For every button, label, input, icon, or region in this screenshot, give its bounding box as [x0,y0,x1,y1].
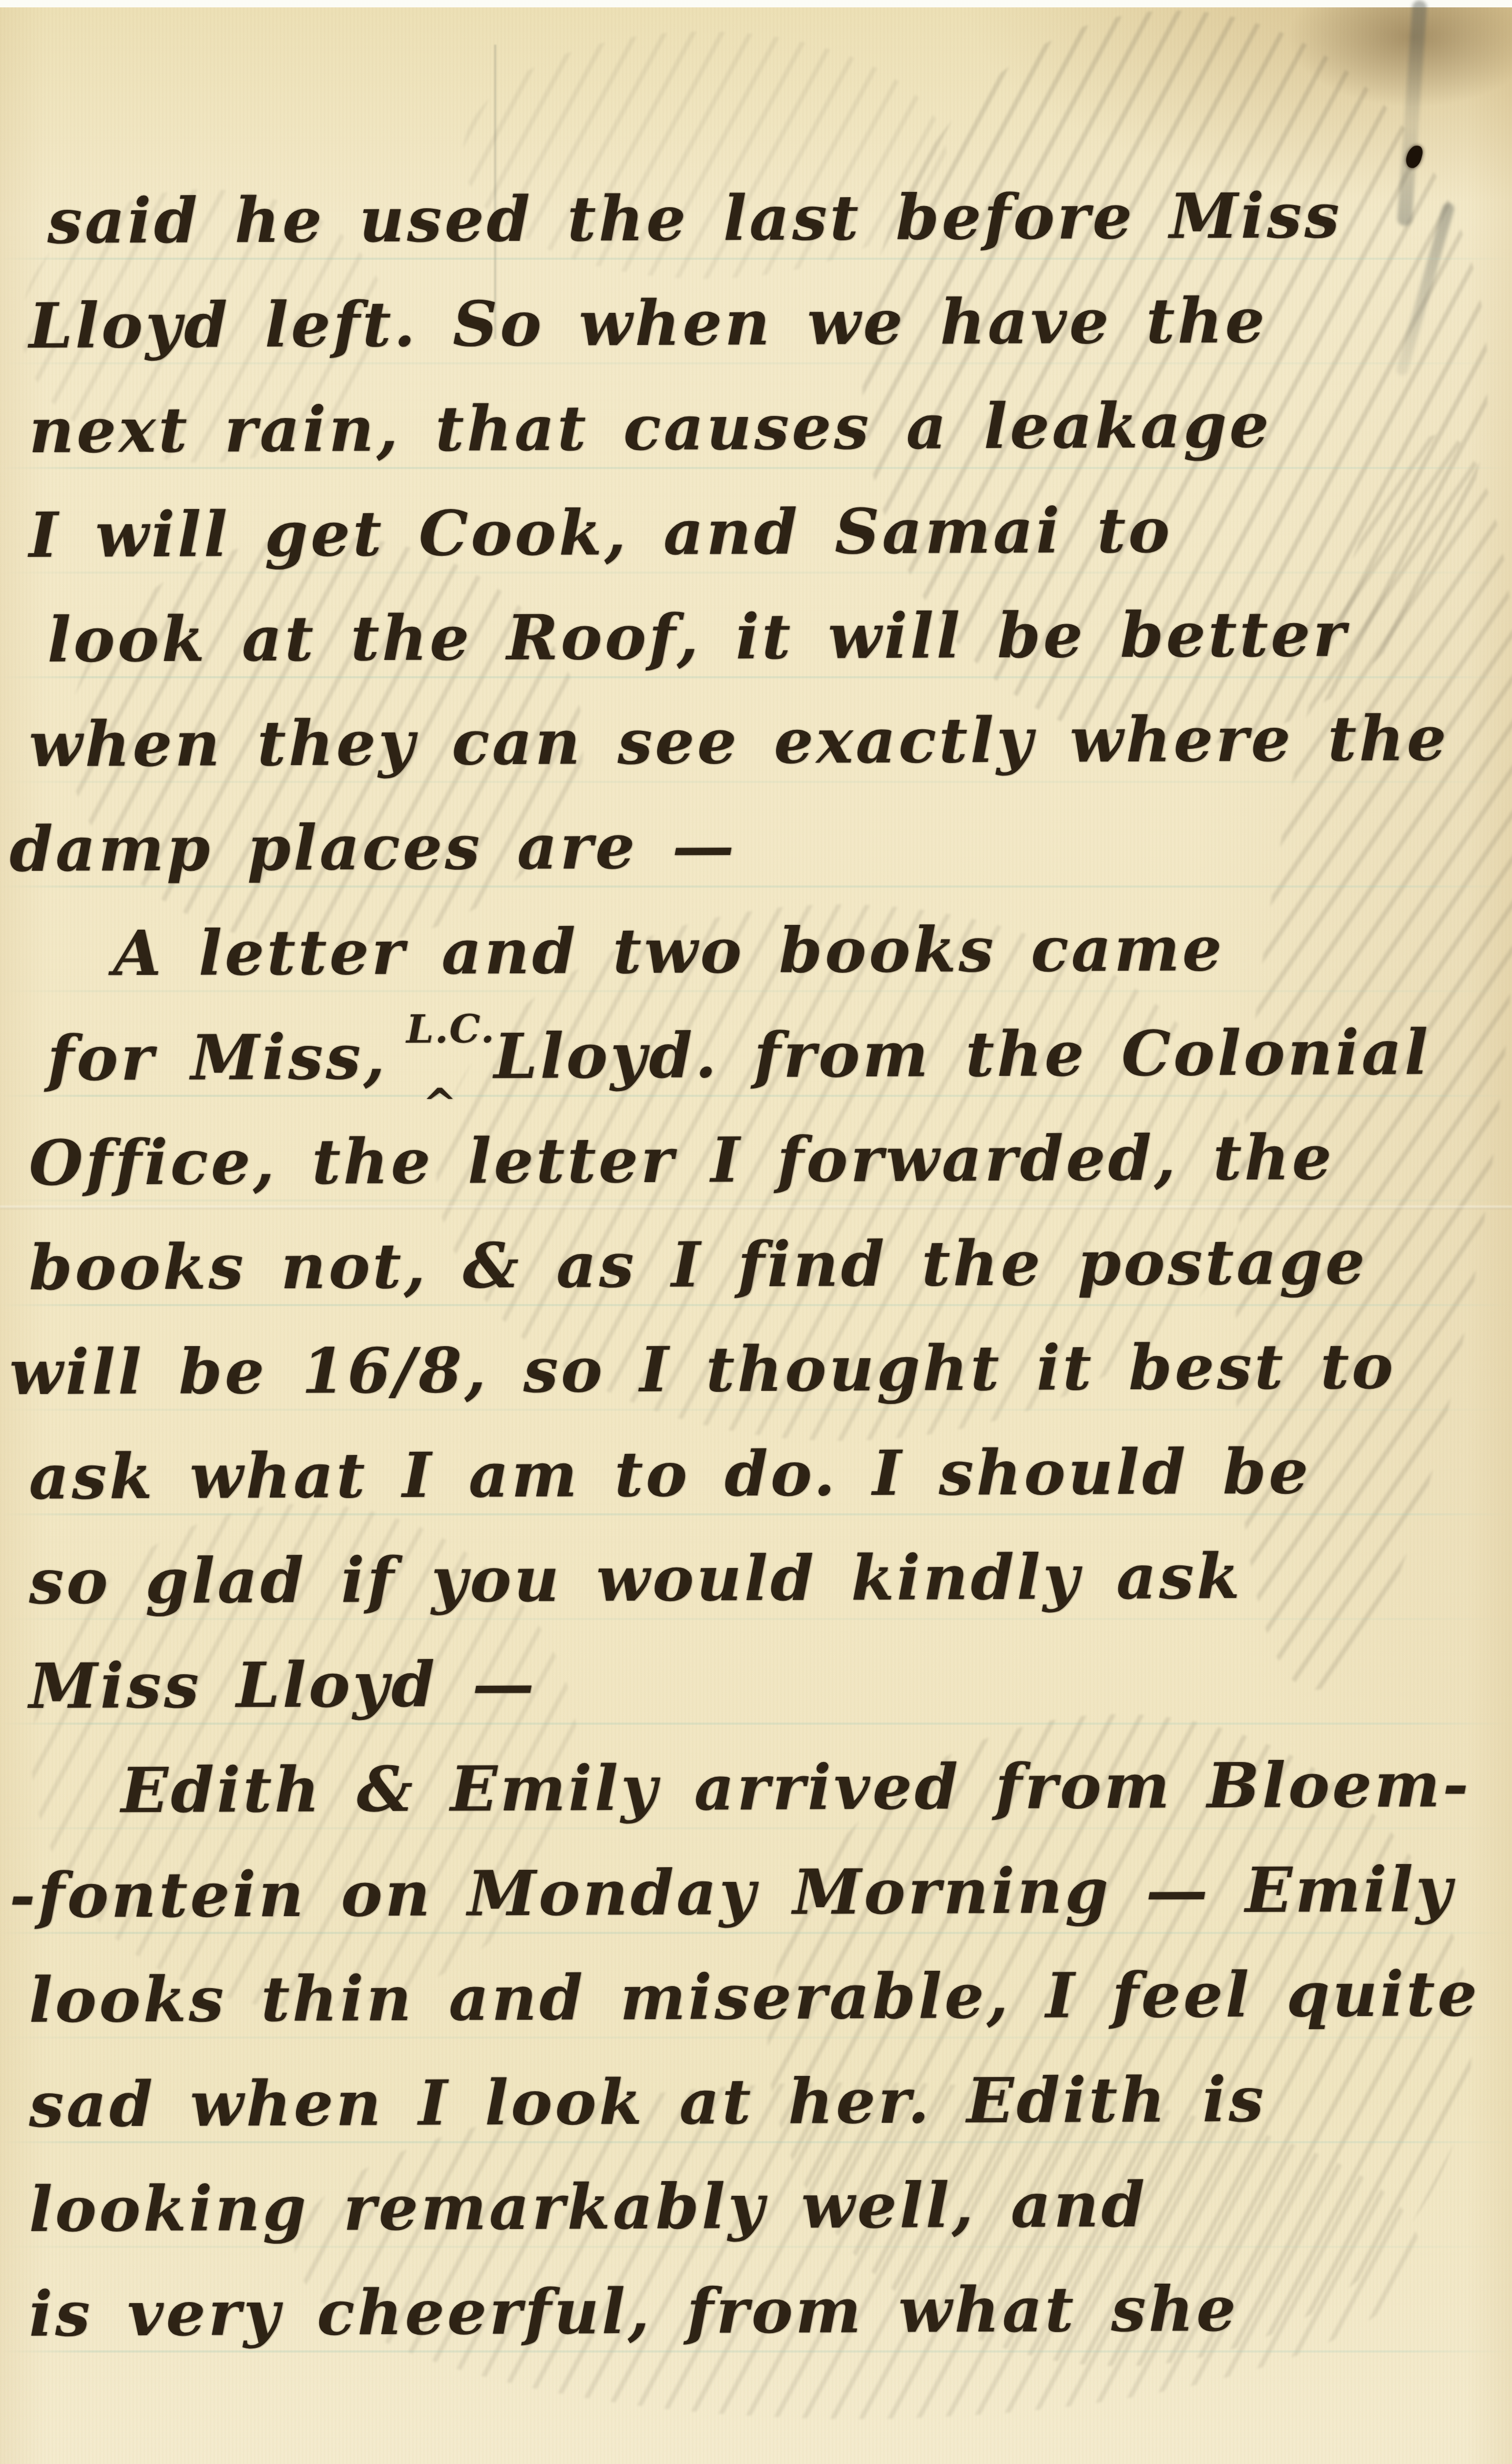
handwritten-line-5: look at the Roof, it will be better [0,584,1512,696]
handwritten-line-20: looking remarkably well, and [0,2153,1512,2265]
handwritten-line-16: Edith & Emily arrived from Bloem- [0,1735,1512,1847]
handwritten-line-3: next rain, that causes a leakage [0,374,1512,486]
handwritten-line-9: for Miss, L.C. ^ Lloyd. from the Colonia… [0,1002,1512,1114]
scanner-edge [0,0,1512,7]
interlinear-insertion: L.C. ^ [422,1073,459,1078]
handwritten-line-4: I will get Cook, and Samai to [0,479,1512,591]
handwritten-line-18: looks thin and miserable, I feel quite [0,1944,1512,2056]
handwritten-line-13: ask what I am to do. I should be [0,1421,1512,1533]
handwritten-line-12: will be 16/8, so I thought it best to [0,1316,1512,1428]
letter-scan-page: said he used the last before Miss Lloyd … [0,0,1512,2464]
handwritten-line-11: books not, & as I find the postage [0,1211,1512,1323]
line-9-before-insertion: for Miss, [47,1020,388,1095]
handwritten-line-15: Miss Lloyd — [0,1630,1512,1742]
handwritten-line-2: Lloyd left. So when we have the [0,270,1512,382]
handwritten-line-21: is very cheerful, from what she [0,2258,1512,2370]
handwritten-line-8: A letter and two books came [0,898,1512,1010]
handwritten-line-1: said he used the last before Miss [0,165,1512,277]
line-9-after-insertion: Lloyd. from the Colonial [494,1015,1431,1093]
handwritten-line-10: Office, the letter I forwarded, the [0,1107,1512,1219]
handwritten-line-17: -fontein on Monday Morning — Emily [0,1839,1512,1951]
handwritten-line-14: so glad if you would kindly ask [0,1525,1512,1637]
handwritten-line-19: sad when I look at her. Edith is [0,2049,1512,2161]
handwritten-line-7: damp places are — [0,793,1512,905]
handwritten-line-6: when they can see exactly where the [0,688,1512,800]
